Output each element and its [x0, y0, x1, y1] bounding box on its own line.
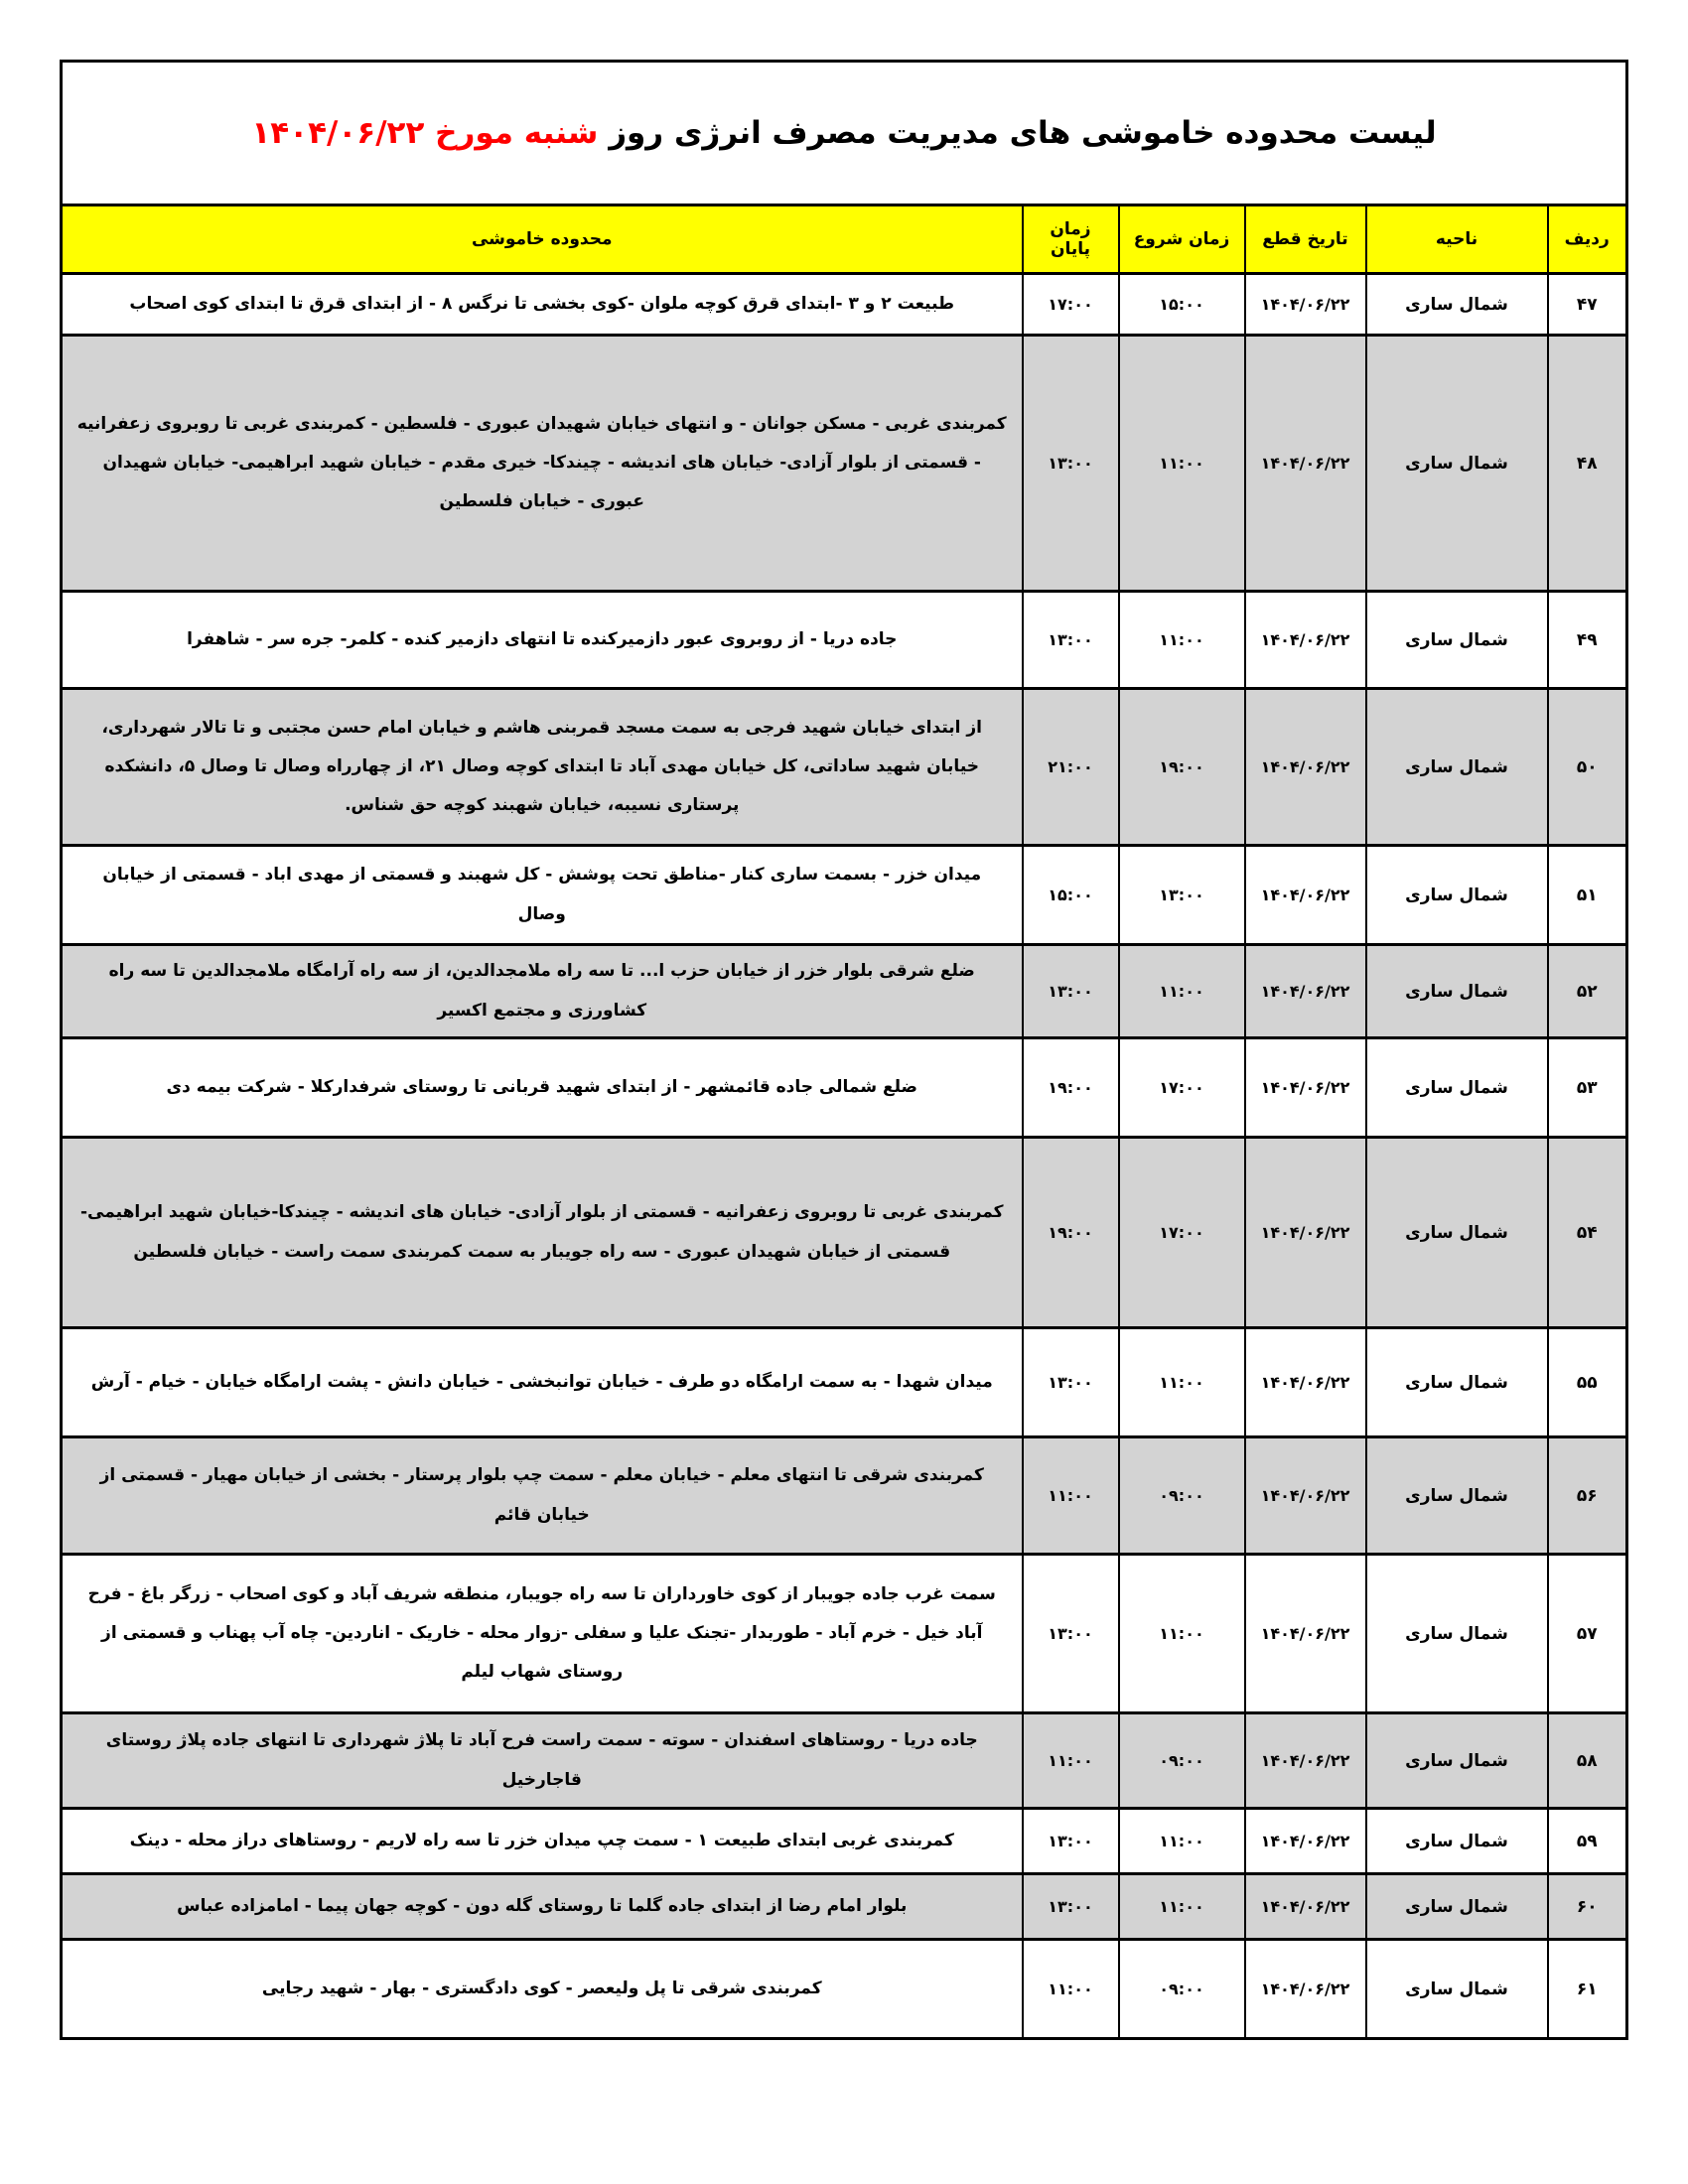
cell-cut-date: ۱۴۰۴/۰۶/۲۲: [1245, 1713, 1366, 1809]
cell-region: شمال ساری: [1366, 1328, 1548, 1437]
cell-row-number: ۴۸: [1548, 336, 1627, 592]
cell-end-time: ۱۳:۰۰: [1023, 592, 1119, 689]
cell-start-time: ۰۹:۰۰: [1119, 1940, 1245, 2039]
cell-start-time: ۱۱:۰۰: [1119, 1328, 1245, 1437]
cell-end-time: ۲۱:۰۰: [1023, 689, 1119, 846]
cell-region: شمال ساری: [1366, 846, 1548, 945]
cell-region: شمال ساری: [1366, 336, 1548, 592]
cell-outage-area: طبیعت ۲ و ۳ -ابتدای قرق کوچه ملوان -کوی …: [62, 274, 1023, 336]
cell-row-number: ۵۵: [1548, 1328, 1627, 1437]
table-row: ۵۷ شمال ساری ۱۴۰۴/۰۶/۲۲ ۱۱:۰۰ ۱۳:۰۰ سمت …: [62, 1555, 1627, 1713]
table-row: ۵۰ شمال ساری ۱۴۰۴/۰۶/۲۲ ۱۹:۰۰ ۲۱:۰۰ از ا…: [62, 689, 1627, 846]
cell-start-time: ۱۷:۰۰: [1119, 1138, 1245, 1328]
header-cut-date: تاریخ قطع: [1245, 205, 1366, 274]
table-row: ۵۲ شمال ساری ۱۴۰۴/۰۶/۲۲ ۱۱:۰۰ ۱۳:۰۰ ضلع …: [62, 945, 1627, 1038]
header-outage-area: محدوده خاموشی: [62, 205, 1023, 274]
cell-cut-date: ۱۴۰۴/۰۶/۲۲: [1245, 1437, 1366, 1555]
table-header-row: ردیف ناحیه تاریخ قطع زمان شروع زمان پایا…: [62, 205, 1627, 274]
cell-outage-area: کمربندی شرقی تا پل ولیعصر - کوی دادگستری…: [62, 1940, 1023, 2039]
cell-cut-date: ۱۴۰۴/۰۶/۲۲: [1245, 1809, 1366, 1874]
cell-row-number: ۵۰: [1548, 689, 1627, 846]
cell-region: شمال ساری: [1366, 1874, 1548, 1940]
cell-outage-area: ضلع شرقی بلوار خزر از خیابان حزب ا... تا…: [62, 945, 1023, 1038]
cell-start-time: ۱۱:۰۰: [1119, 336, 1245, 592]
cell-end-time: ۱۳:۰۰: [1023, 1874, 1119, 1940]
document-title: لیست محدوده خاموشی های مدیریت مصرف انرژی…: [62, 62, 1627, 205]
cell-end-time: ۱۷:۰۰: [1023, 274, 1119, 336]
title-date-highlight: شنبه مورخ ۱۴۰۴/۰۶/۲۲: [251, 115, 598, 151]
cell-start-time: ۱۱:۰۰: [1119, 1555, 1245, 1713]
cell-cut-date: ۱۴۰۴/۰۶/۲۲: [1245, 1328, 1366, 1437]
cell-region: شمال ساری: [1366, 1713, 1548, 1809]
cell-start-time: ۰۹:۰۰: [1119, 1437, 1245, 1555]
cell-row-number: ۶۰: [1548, 1874, 1627, 1940]
cell-row-number: ۵۹: [1548, 1809, 1627, 1874]
document-sheet: لیست محدوده خاموشی های مدیریت مصرف انرژی…: [0, 0, 1688, 2184]
cell-cut-date: ۱۴۰۴/۰۶/۲۲: [1245, 336, 1366, 592]
table-row: ۵۴ شمال ساری ۱۴۰۴/۰۶/۲۲ ۱۷:۰۰ ۱۹:۰۰ کمرب…: [62, 1138, 1627, 1328]
cell-row-number: ۵۴: [1548, 1138, 1627, 1328]
cell-start-time: ۱۱:۰۰: [1119, 1874, 1245, 1940]
cell-outage-area: سمت غرب جاده جویبار از کوی خاورداران تا …: [62, 1555, 1023, 1713]
cell-row-number: ۵۲: [1548, 945, 1627, 1038]
cell-start-time: ۱۳:۰۰: [1119, 846, 1245, 945]
cell-start-time: ۱۷:۰۰: [1119, 1038, 1245, 1138]
cell-row-number: ۵۳: [1548, 1038, 1627, 1138]
cell-start-time: ۱۱:۰۰: [1119, 592, 1245, 689]
cell-cut-date: ۱۴۰۴/۰۶/۲۲: [1245, 274, 1366, 336]
cell-start-time: ۱۱:۰۰: [1119, 1809, 1245, 1874]
cell-cut-date: ۱۴۰۴/۰۶/۲۲: [1245, 1138, 1366, 1328]
cell-region: شمال ساری: [1366, 274, 1548, 336]
cell-region: شمال ساری: [1366, 689, 1548, 846]
outage-schedule-table: لیست محدوده خاموشی های مدیریت مصرف انرژی…: [60, 60, 1628, 2040]
table-row: ۴۷ شمال ساری ۱۴۰۴/۰۶/۲۲ ۱۵:۰۰ ۱۷:۰۰ طبیع…: [62, 274, 1627, 336]
cell-outage-area: ضلع شمالی جاده قائمشهر - از ابتدای شهید …: [62, 1038, 1023, 1138]
cell-outage-area: جاده دریا - از روبروی عبور دازمیرکنده تا…: [62, 592, 1023, 689]
cell-end-time: ۱۳:۰۰: [1023, 1555, 1119, 1713]
cell-end-time: ۱۱:۰۰: [1023, 1713, 1119, 1809]
cell-outage-area: جاده دریا - روستاهای اسفندان - سوته - سم…: [62, 1713, 1023, 1809]
cell-cut-date: ۱۴۰۴/۰۶/۲۲: [1245, 1038, 1366, 1138]
header-end-time: زمان پایان: [1023, 205, 1119, 274]
table-row: ۵۱ شمال ساری ۱۴۰۴/۰۶/۲۲ ۱۳:۰۰ ۱۵:۰۰ میدا…: [62, 846, 1627, 945]
cell-end-time: ۱۱:۰۰: [1023, 1940, 1119, 2039]
cell-end-time: ۱۳:۰۰: [1023, 1328, 1119, 1437]
cell-row-number: ۴۹: [1548, 592, 1627, 689]
cell-row-number: ۵۸: [1548, 1713, 1627, 1809]
cell-cut-date: ۱۴۰۴/۰۶/۲۲: [1245, 1874, 1366, 1940]
cell-start-time: ۱۹:۰۰: [1119, 689, 1245, 846]
cell-outage-area: بلوار امام رضا از ابتدای جاده گلما تا رو…: [62, 1874, 1023, 1940]
cell-cut-date: ۱۴۰۴/۰۶/۲۲: [1245, 1940, 1366, 2039]
table-row: ۶۰ شمال ساری ۱۴۰۴/۰۶/۲۲ ۱۱:۰۰ ۱۳:۰۰ بلوا…: [62, 1874, 1627, 1940]
cell-start-time: ۱۵:۰۰: [1119, 274, 1245, 336]
cell-start-time: ۱۱:۰۰: [1119, 945, 1245, 1038]
cell-end-time: ۱۱:۰۰: [1023, 1437, 1119, 1555]
table-row: ۵۶ شمال ساری ۱۴۰۴/۰۶/۲۲ ۰۹:۰۰ ۱۱:۰۰ کمرب…: [62, 1437, 1627, 1555]
title-row: لیست محدوده خاموشی های مدیریت مصرف انرژی…: [62, 62, 1627, 205]
cell-cut-date: ۱۴۰۴/۰۶/۲۲: [1245, 1555, 1366, 1713]
cell-cut-date: ۱۴۰۴/۰۶/۲۲: [1245, 689, 1366, 846]
cell-cut-date: ۱۴۰۴/۰۶/۲۲: [1245, 945, 1366, 1038]
header-start-time: زمان شروع: [1119, 205, 1245, 274]
cell-end-time: ۱۹:۰۰: [1023, 1038, 1119, 1138]
cell-end-time: ۱۳:۰۰: [1023, 336, 1119, 592]
cell-region: شمال ساری: [1366, 592, 1548, 689]
header-region: ناحیه: [1366, 205, 1548, 274]
cell-region: شمال ساری: [1366, 1437, 1548, 1555]
cell-end-time: ۱۳:۰۰: [1023, 1809, 1119, 1874]
table-row: ۵۹ شمال ساری ۱۴۰۴/۰۶/۲۲ ۱۱:۰۰ ۱۳:۰۰ کمرب…: [62, 1809, 1627, 1874]
cell-row-number: ۴۷: [1548, 274, 1627, 336]
table-row: ۵۸ شمال ساری ۱۴۰۴/۰۶/۲۲ ۰۹:۰۰ ۱۱:۰۰ جاده…: [62, 1713, 1627, 1809]
cell-outage-area: کمربندی غربی - مسکن جوانان - و انتهای خی…: [62, 336, 1023, 592]
cell-end-time: ۱۵:۰۰: [1023, 846, 1119, 945]
cell-cut-date: ۱۴۰۴/۰۶/۲۲: [1245, 846, 1366, 945]
cell-region: شمال ساری: [1366, 1038, 1548, 1138]
cell-row-number: ۶۱: [1548, 1940, 1627, 2039]
table-row: ۶۱ شمال ساری ۱۴۰۴/۰۶/۲۲ ۰۹:۰۰ ۱۱:۰۰ کمرب…: [62, 1940, 1627, 2039]
cell-cut-date: ۱۴۰۴/۰۶/۲۲: [1245, 592, 1366, 689]
cell-end-time: ۱۳:۰۰: [1023, 945, 1119, 1038]
table-row: ۵۵ شمال ساری ۱۴۰۴/۰۶/۲۲ ۱۱:۰۰ ۱۳:۰۰ میدا…: [62, 1328, 1627, 1437]
cell-region: شمال ساری: [1366, 1555, 1548, 1713]
cell-start-time: ۰۹:۰۰: [1119, 1713, 1245, 1809]
cell-outage-area: میدان خزر - بسمت ساری کنار -مناطق تحت پو…: [62, 846, 1023, 945]
header-row-number: ردیف: [1548, 205, 1627, 274]
table-row: ۴۸ شمال ساری ۱۴۰۴/۰۶/۲۲ ۱۱:۰۰ ۱۳:۰۰ کمرب…: [62, 336, 1627, 592]
cell-region: شمال ساری: [1366, 1940, 1548, 2039]
table-row: ۴۹ شمال ساری ۱۴۰۴/۰۶/۲۲ ۱۱:۰۰ ۱۳:۰۰ جاده…: [62, 592, 1627, 689]
cell-outage-area: کمربندی غربی ابتدای طبیعت ۱ - سمت چپ مید…: [62, 1809, 1023, 1874]
cell-row-number: ۵۱: [1548, 846, 1627, 945]
cell-end-time: ۱۹:۰۰: [1023, 1138, 1119, 1328]
cell-region: شمال ساری: [1366, 1809, 1548, 1874]
cell-outage-area: میدان شهدا - به سمت ارامگاه دو طرف - خیا…: [62, 1328, 1023, 1437]
cell-region: شمال ساری: [1366, 1138, 1548, 1328]
cell-row-number: ۵۷: [1548, 1555, 1627, 1713]
cell-outage-area: کمربندی شرقی تا انتهای معلم - خیابان معل…: [62, 1437, 1023, 1555]
table-row: ۵۳ شمال ساری ۱۴۰۴/۰۶/۲۲ ۱۷:۰۰ ۱۹:۰۰ ضلع …: [62, 1038, 1627, 1138]
title-text: لیست محدوده خاموشی های مدیریت مصرف انرژی…: [609, 115, 1436, 151]
cell-row-number: ۵۶: [1548, 1437, 1627, 1555]
cell-outage-area: کمربندی غربی تا روبروی زعفرانیه - قسمتی …: [62, 1138, 1023, 1328]
cell-region: شمال ساری: [1366, 945, 1548, 1038]
cell-outage-area: از ابتدای خیابان شهید فرجی به سمت مسجد ق…: [62, 689, 1023, 846]
